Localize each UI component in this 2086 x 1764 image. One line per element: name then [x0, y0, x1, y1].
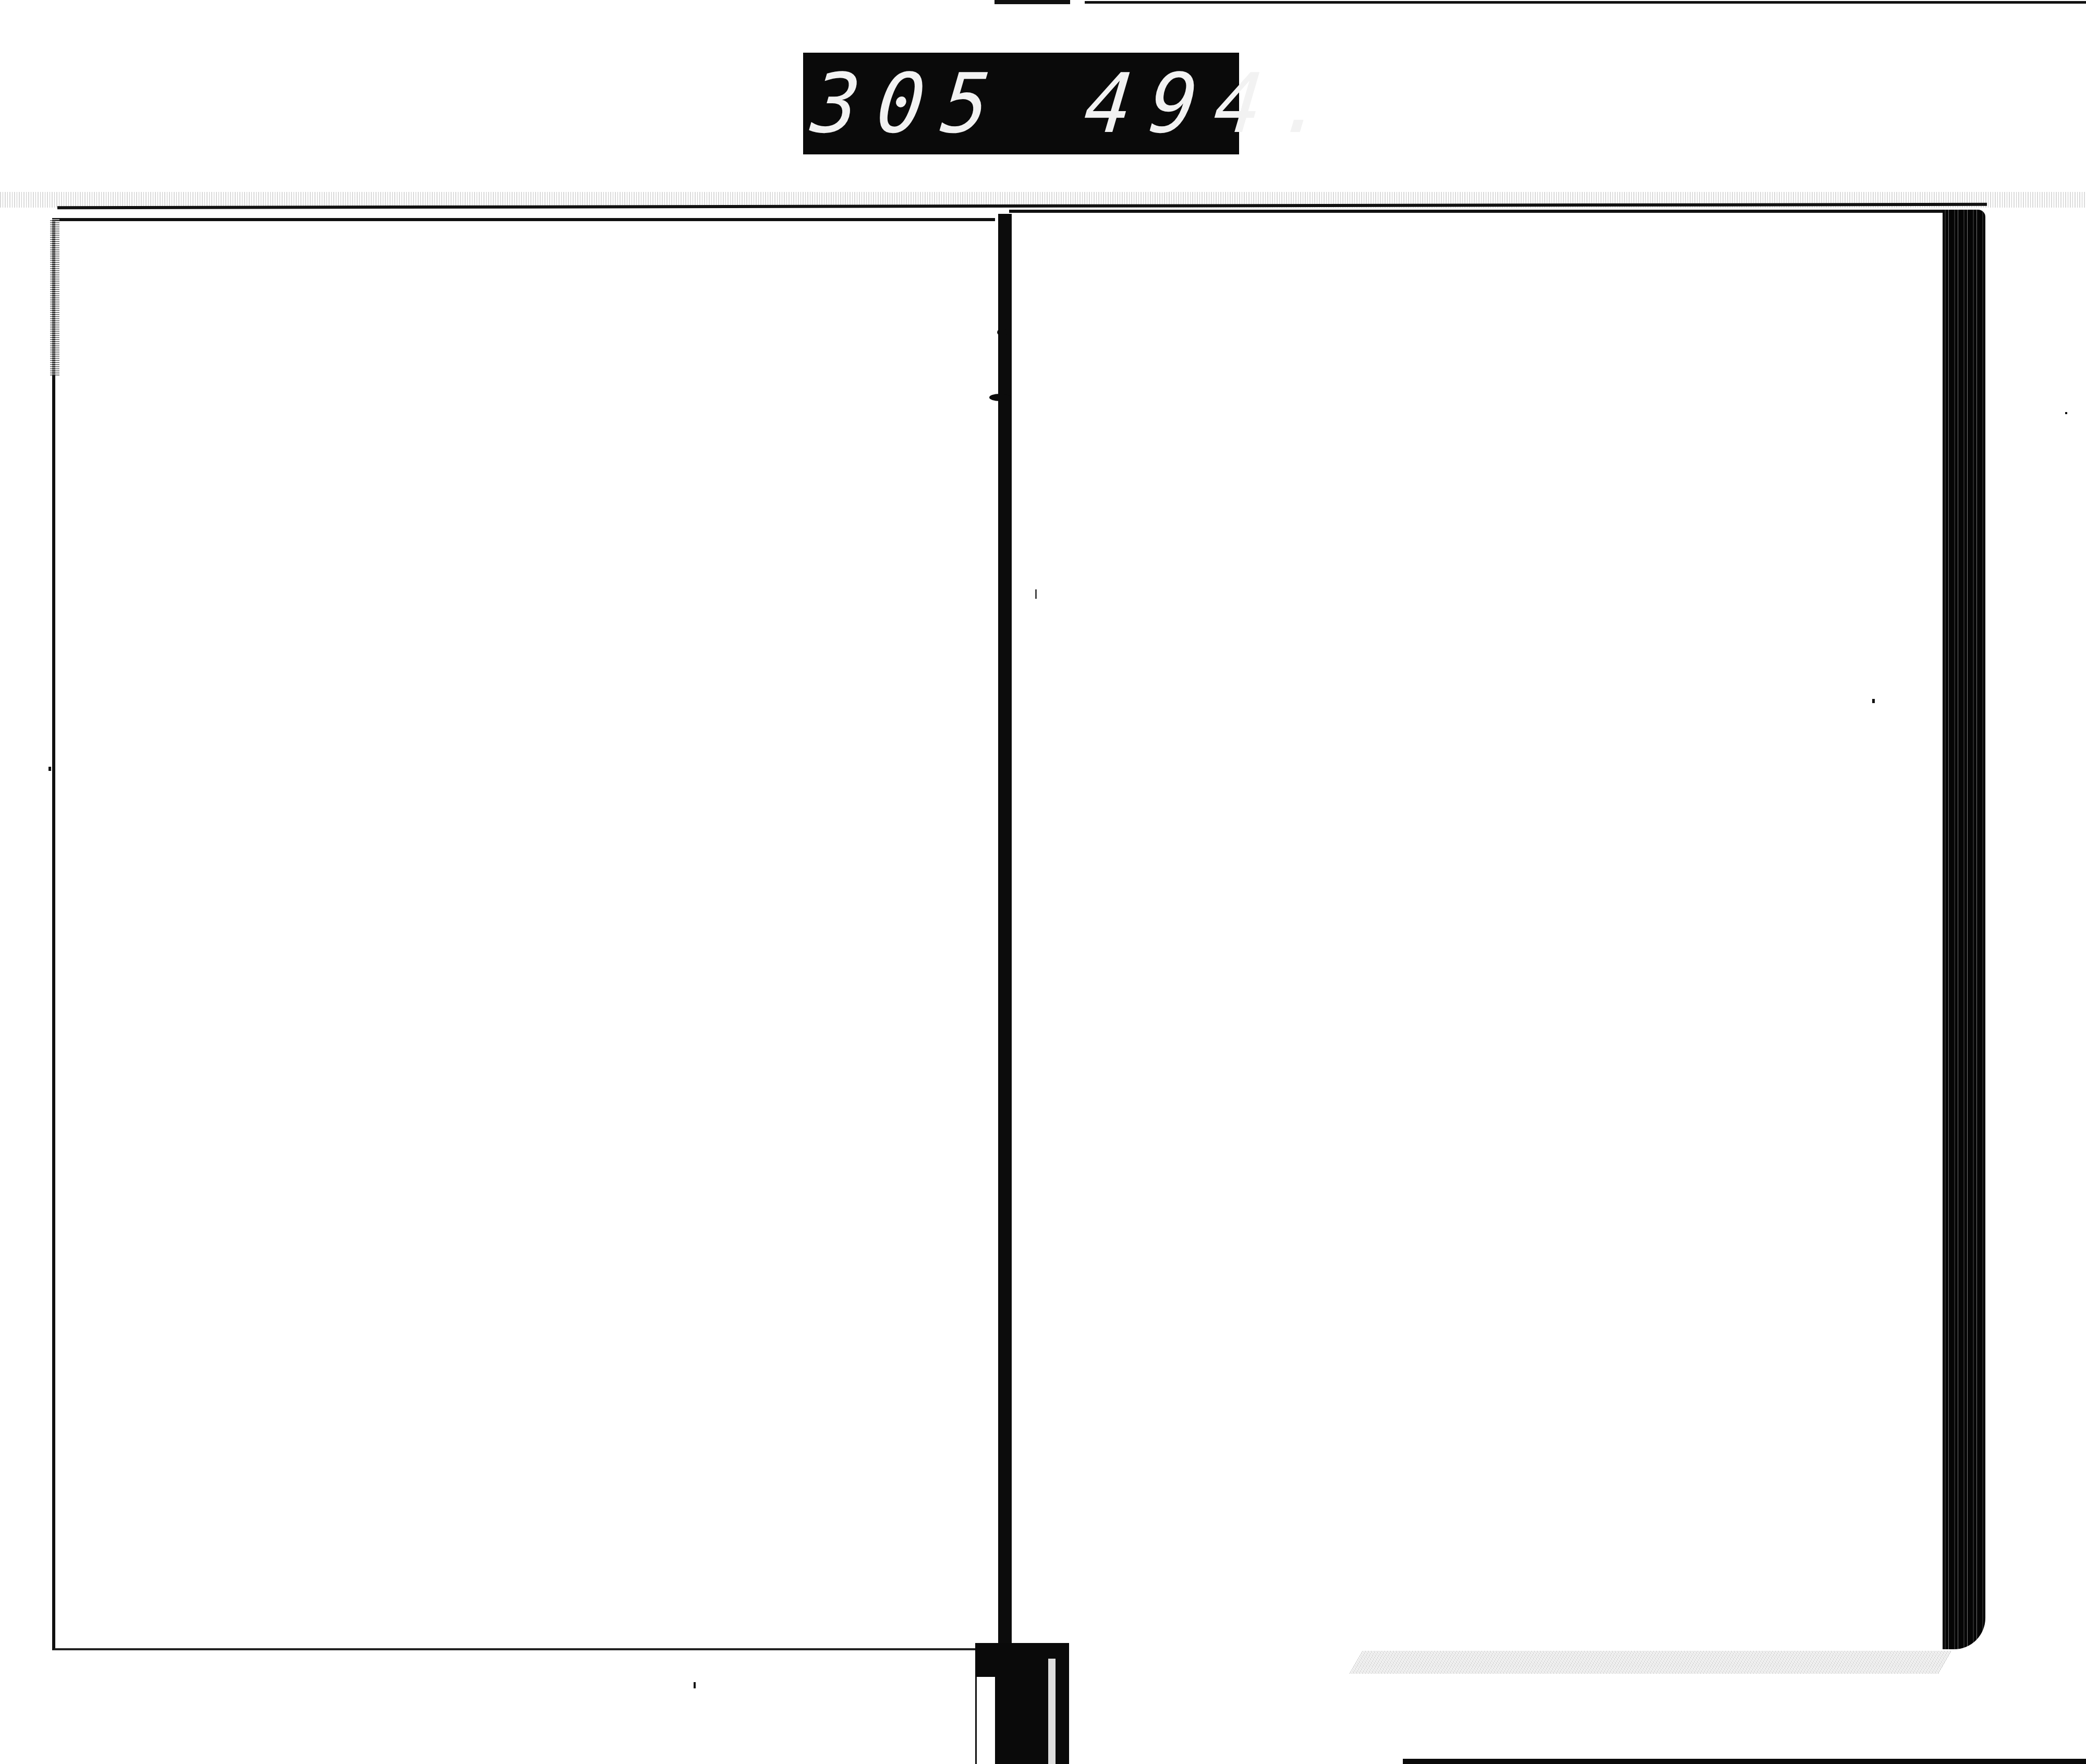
catalogue-label: 305 494.	[803, 53, 1239, 154]
binding-bottom-highlight	[1048, 1659, 1056, 1764]
scan-speck	[48, 767, 51, 771]
scan-speck	[1872, 699, 1875, 703]
binding-bottom-gap	[975, 1677, 995, 1764]
bottom-edge-line	[1403, 1759, 2086, 1764]
page-stack-fore-edge	[1943, 210, 1985, 1649]
book-gutter	[998, 214, 1012, 1643]
top-edge-line	[1085, 1, 2086, 4]
gutter-thread	[997, 329, 1008, 336]
gutter-thread	[989, 394, 1010, 401]
scan-speck	[2065, 412, 2067, 414]
scan-speck	[694, 1682, 696, 1688]
catalogue-number-right: 494.	[1081, 63, 1349, 145]
top-dark-strip	[995, 0, 1070, 4]
left-page	[52, 218, 995, 1650]
right-page	[1009, 210, 1945, 1654]
page-stack-bottom-edge	[1349, 1651, 1951, 1674]
left-page-edge-shadow	[50, 219, 59, 376]
scanned-book-spread: 305 494.	[0, 0, 2086, 1764]
catalogue-number-left: 305	[808, 63, 1011, 145]
scan-speck	[1035, 589, 1037, 599]
